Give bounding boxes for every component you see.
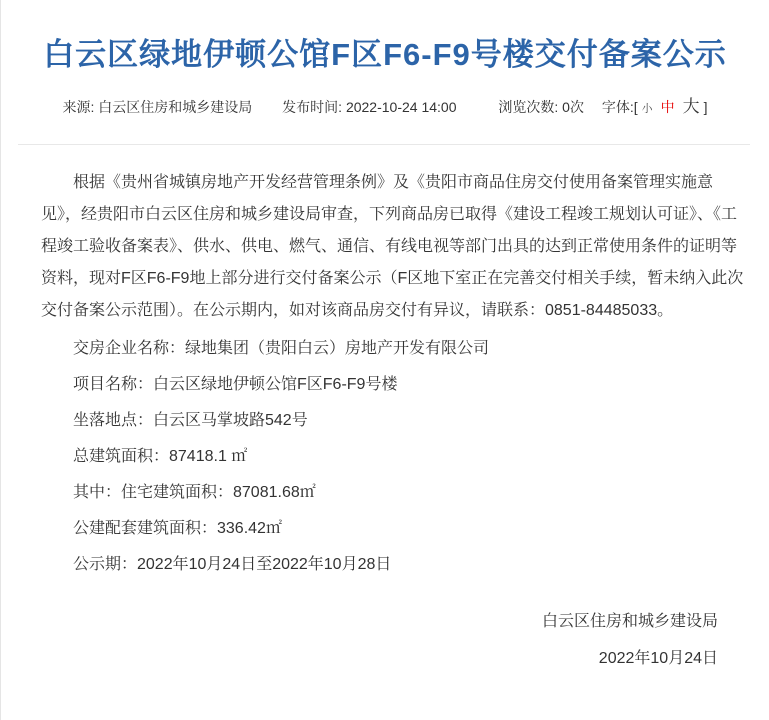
publish-time-value: 2022-10-24 14:00 <box>346 99 457 115</box>
article-body: 根据《贵州省城镇房地产开发经营管理条例》及《贵阳市商品住房交付使用备案管理实施意… <box>1 145 769 677</box>
publish-time-label: 发布时间: <box>282 99 342 115</box>
article-header: 白云区绿地伊顿公馆F区F6-F9号楼交付备案公示 来源: 白云区住房和城乡建设局… <box>1 0 769 117</box>
detail-item-company: 交房企业名称：绿地集团（贵阳白云）房地产开发有限公司 <box>41 331 750 367</box>
detail-item-public-area: 公建配套建筑面积：336.42㎡ <box>41 511 750 547</box>
detail-item-total-area: 总建筑面积：87418.1 ㎡ <box>41 439 750 475</box>
signature-date: 2022年10月24日 <box>41 640 718 677</box>
meta-source: 来源: 白云区住房和城乡建设局 <box>62 97 252 117</box>
font-size-medium-button[interactable]: 中 <box>661 99 675 115</box>
font-size-bracket-close: ] <box>704 99 708 115</box>
announcement-page: 白云区绿地伊顿公馆F区F6-F9号楼交付备案公示 来源: 白云区住房和城乡建设局… <box>0 0 769 720</box>
source-label: 来源: <box>62 99 94 115</box>
detail-items: 交房企业名称：绿地集团（贵阳白云）房地产开发有限公司 项目名称：白云区绿地伊顿公… <box>41 331 750 583</box>
announcement-paragraph: 根据《贵州省城镇房地产开发经营管理条例》及《贵阳市商品住房交付使用备案管理实施意… <box>41 167 750 327</box>
signature-block: 白云区住房和城乡建设局 2022年10月24日 <box>41 603 750 677</box>
meta-views: 浏览次数: 0次 <box>498 97 584 117</box>
meta-publish-time: 发布时间: 2022-10-24 14:00 <box>282 97 456 117</box>
font-size-large-button[interactable]: 大 <box>683 97 700 116</box>
signature-org: 白云区住房和城乡建设局 <box>41 603 718 640</box>
views-value: 0次 <box>562 99 584 115</box>
font-size-label: 字体: <box>602 99 634 115</box>
meta-bar: 来源: 白云区住房和城乡建设局 发布时间: 2022-10-24 14:00 浏… <box>1 92 769 117</box>
font-size-small-button[interactable]: 小 <box>642 103 653 115</box>
font-size-control: 字体:[小中大] <box>602 92 708 117</box>
detail-item-residential-area: 其中：住宅建筑面积：87081.68㎡ <box>41 475 750 511</box>
views-label: 浏览次数: <box>498 99 558 115</box>
source-value: 白云区住房和城乡建设局 <box>98 99 252 115</box>
detail-item-location: 坐落地点：白云区马掌坡路542号 <box>41 403 750 439</box>
detail-item-publicity-period: 公示期：2022年10月24日至2022年10月28日 <box>41 547 750 583</box>
page-title: 白云区绿地伊顿公馆F区F6-F9号楼交付备案公示 <box>1 36 769 73</box>
detail-item-project-name: 项目名称：白云区绿地伊顿公馆F区F6-F9号楼 <box>41 367 750 403</box>
font-size-bracket-open: [ <box>634 99 638 115</box>
